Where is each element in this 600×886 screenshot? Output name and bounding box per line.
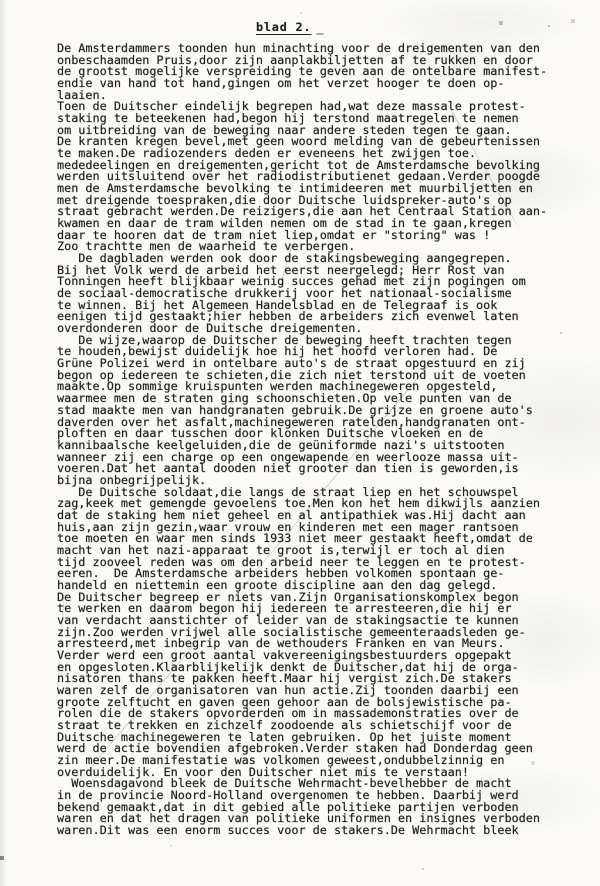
document-body-text: De Amsterdammers toonden hun minachting …	[57, 43, 547, 837]
scan-edge-shade	[0, 0, 7, 886]
page-number-heading: blad 2.	[256, 20, 324, 34]
scan-noise-speckles	[0, 0, 2, 2]
scanned-typewritten-page: blad 2. De Amsterdammers toonden hun min…	[0, 0, 600, 886]
